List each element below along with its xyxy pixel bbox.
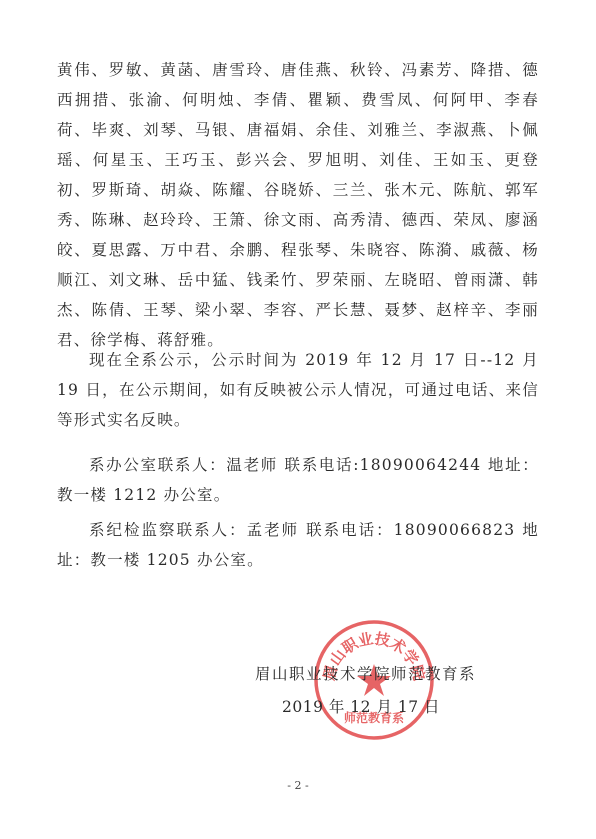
document-page: 黄伟、罗敏、黄菡、唐雪玲、唐佳燕、秋铃、冯素芳、降措、德西拥措、张渝、何明烛、李…: [0, 0, 596, 839]
notice-paragraph: 现在全系公示，公示时间为 2019 年 12 月 17 日--12 月 19 日…: [57, 345, 539, 435]
discipline-contact-paragraph: 系纪检监察联系人：孟老师 联系电话：18090066823 地址：教一楼 120…: [57, 515, 539, 575]
office-contact-paragraph: 系办公室联系人：温老师 联系电话:18090064244 地址：教一楼 1212…: [57, 450, 539, 510]
page-number: - 2 -: [0, 779, 596, 792]
signature-date: 2019 年 12 月 17 日: [282, 695, 440, 717]
names-list-paragraph: 黄伟、罗敏、黄菡、唐雪玲、唐佳燕、秋铃、冯素芳、降措、德西拥措、张渝、何明烛、李…: [57, 55, 539, 355]
signature-organization: 眉山职业技术学院师范教育系: [255, 662, 476, 684]
